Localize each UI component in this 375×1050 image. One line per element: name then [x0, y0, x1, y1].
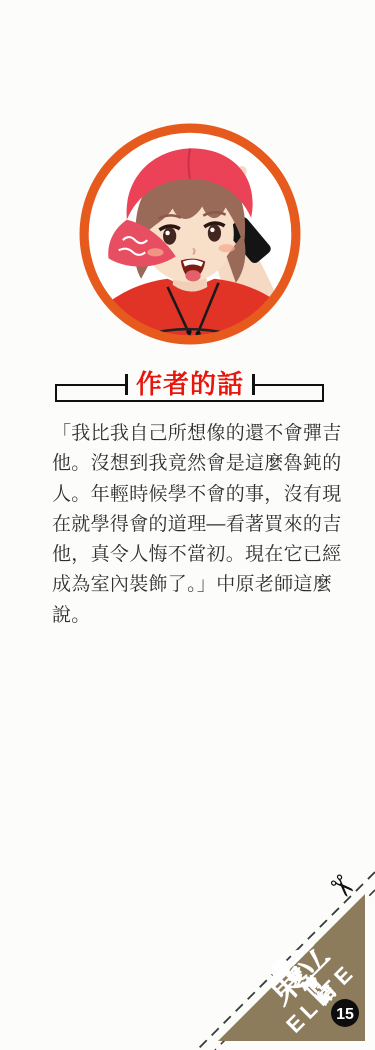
section-heading: 作者的話	[55, 371, 325, 406]
author-note-line: 在就學得會的道理—看著買來的吉	[52, 510, 352, 540]
author-note-line: 他，真令人悔不當初。現在它已經	[52, 540, 352, 570]
manga-page: 作者的話 「我比我自己所想像的還不會彈吉 他。沒想到我竟然會是這麼魯鈍的 人。年…	[0, 0, 375, 1050]
page-title: 作者的話	[128, 371, 252, 398]
author-note-line: 成為室內裝飾了。」中原老師這麼	[52, 570, 352, 600]
corner-cutout: ✂ 東立 ELITE 戀 愛 情 結 15	[180, 845, 375, 1050]
author-note-line: 說。	[52, 601, 352, 631]
author-note-paragraph: 「我比我自己所想像的還不會彈吉 他。沒想到我竟然會是這麼魯鈍的 人。年輕時候學不…	[52, 419, 352, 631]
volume-number: 15	[336, 1006, 354, 1023]
eye	[208, 224, 221, 241]
author-note-line: 他。沒想到我竟然會是這麼魯鈍的	[52, 449, 352, 479]
author-note-line: 「我比我自己所想像的還不會彈吉	[52, 419, 352, 449]
character-portrait	[78, 122, 302, 346]
scissors-icon: ✂	[321, 867, 362, 908]
author-note-line: 人。年輕時候學不會的事，沒有現	[52, 480, 352, 510]
tongue	[185, 270, 200, 281]
heading-right-tick	[252, 374, 255, 395]
volume-badge: 15	[331, 999, 359, 1027]
eye	[163, 227, 176, 244]
